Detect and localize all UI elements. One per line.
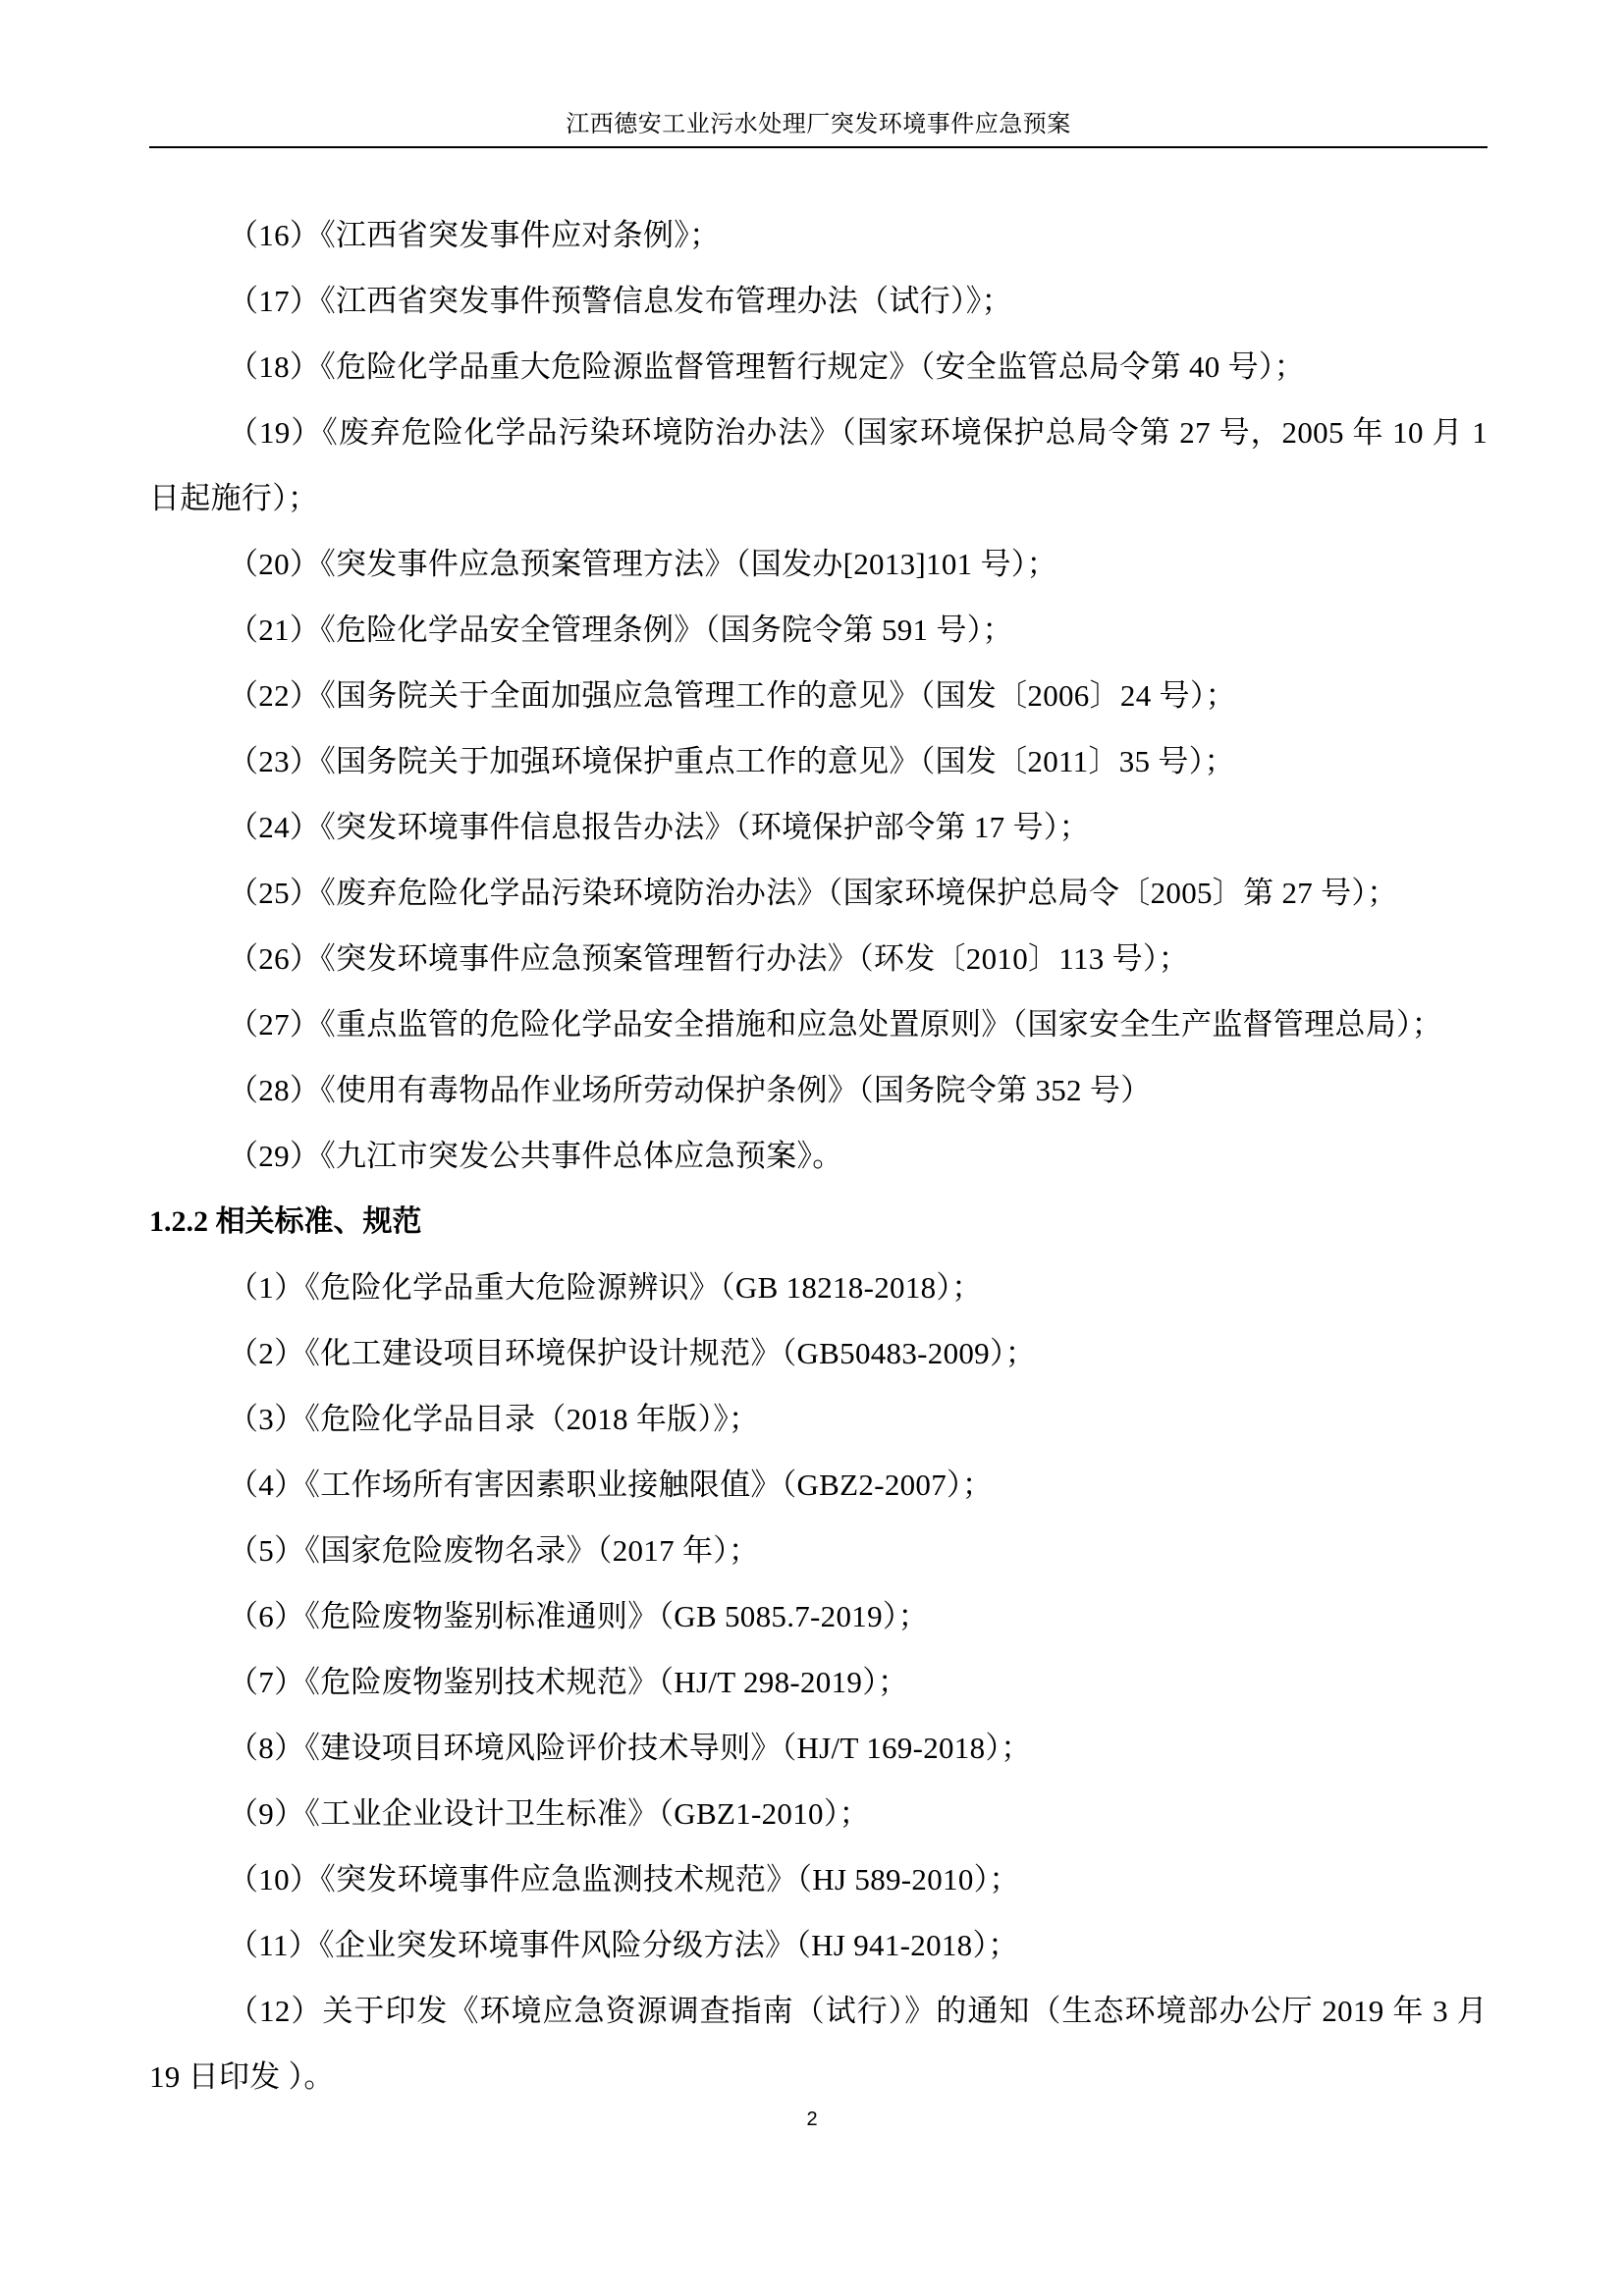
standard-item-11: （11）《企业突发环境事件风险分级方法》（HJ 941-2018）； [149, 1912, 1488, 1978]
law-item-21: （21）《危险化学品安全管理条例》（国务院令第 591 号）； [149, 597, 1488, 663]
law-item-18: （18）《危险化学品重大危险源监督管理暂行规定》（安全监管总局令第 40 号）； [149, 334, 1488, 400]
standard-item-9: （9）《工业企业设计卫生标准》（GBZ1-2010）； [149, 1781, 1488, 1846]
running-header: 江西德安工业污水处理厂突发环境事件应急预案 [149, 110, 1488, 139]
law-item-23: （23）《国务院关于加强环境保护重点工作的意见》（国发〔2011〕35 号）； [149, 728, 1488, 794]
law-item-22: （22）《国务院关于全面加强应急管理工作的意见》（国发〔2006〕24 号）； [149, 663, 1488, 728]
standard-item-12: （12）关于印发《环境应急资源调查指南（试行）》的通知（生态环境部办公厅 201… [149, 1978, 1488, 2109]
standard-item-5: （5）《国家危险废物名录》（2017 年）； [149, 1518, 1488, 1583]
section-heading: 1.2.2 相关标准、规范 [149, 1189, 1488, 1255]
standard-item-1: （1）《危险化学品重大危险源辨识》（GB 18218-2018）； [149, 1255, 1488, 1320]
page-body: （16）《江西省突发事件应对条例》； （17）《江西省突发事件预警信息发布管理办… [149, 202, 1488, 2109]
standard-item-6: （6）《危险废物鉴别标准通则》（GB 5085.7-2019）； [149, 1583, 1488, 1649]
standard-item-10: （10）《突发环境事件应急监测技术规范》（HJ 589-2010）； [149, 1846, 1488, 1912]
standard-item-4: （4）《工作场所有害因素职业接触限值》（GBZ2-2007）； [149, 1452, 1488, 1518]
law-item-20: （20）《突发事件应急预案管理方法》（国发办[2013]101 号）； [149, 531, 1488, 597]
header-divider [149, 146, 1488, 148]
law-item-29: （29）《九江市突发公共事件总体应急预案》。 [149, 1123, 1488, 1189]
standard-item-7: （7）《危险废物鉴别技术规范》（HJ/T 298-2019）； [149, 1649, 1488, 1715]
law-item-27: （27）《重点监管的危险化学品安全措施和应急处置原则》（国家安全生产监督管理总局… [149, 991, 1488, 1057]
law-item-17: （17）《江西省突发事件预警信息发布管理办法（试行）》； [149, 268, 1488, 334]
standard-item-3: （3）《危险化学品目录（2018 年版）》； [149, 1386, 1488, 1452]
law-item-24: （24）《突发环境事件信息报告办法》（环境保护部令第 17 号）； [149, 794, 1488, 860]
law-item-19: （19）《废弃危险化学品污染环境防治办法》（国家环境保护总局令第 27 号，20… [149, 400, 1488, 531]
standard-item-8: （8）《建设项目环境风险评价技术导则》（HJ/T 169-2018）； [149, 1715, 1488, 1781]
law-item-26: （26）《突发环境事件应急预案管理暂行办法》（环发〔2010〕113 号）； [149, 926, 1488, 991]
law-item-16: （16）《江西省突发事件应对条例》； [149, 202, 1488, 268]
page-number: 2 [0, 2109, 1624, 2131]
law-item-25: （25）《废弃危险化学品污染环境防治办法》（国家环境保护总局令〔2005〕第 2… [149, 860, 1488, 926]
law-item-28: （28）《使用有毒物品作业场所劳动保护条例》（国务院令第 352 号） [149, 1057, 1488, 1123]
standard-item-2: （2）《化工建设项目环境保护设计规范》（GB50483-2009）； [149, 1320, 1488, 1386]
